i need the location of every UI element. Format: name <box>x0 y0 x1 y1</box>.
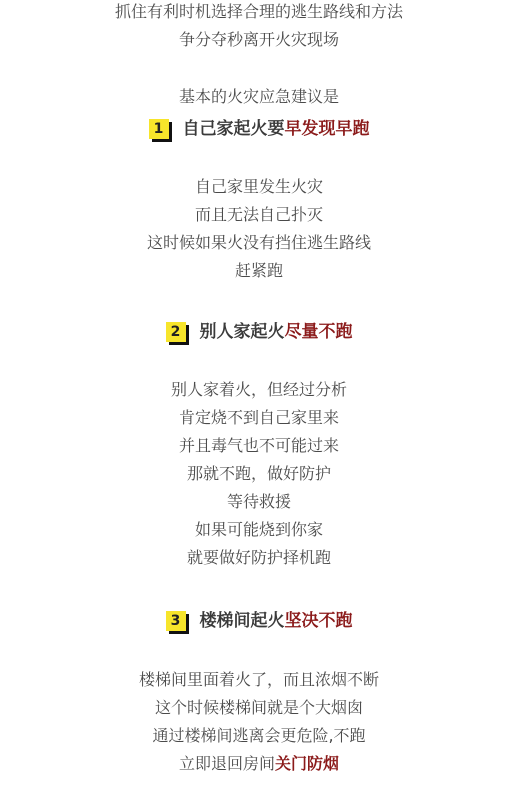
section-2-heading: 2 别人家起火 尽量不跑 <box>0 318 518 345</box>
intro-line: 争分夺秒离开火灾现场 <box>0 29 518 51</box>
body-line: 别人家着火，但经过分析 <box>0 379 518 401</box>
heading-highlight: 早发现早跑 <box>285 116 370 142</box>
body-line: 肯定烧不到自己家里来 <box>0 407 518 429</box>
body-line: 楼梯间里面着火了，而且浓烟不断 <box>0 669 518 691</box>
heading-text: 楼梯间起火 <box>200 608 285 634</box>
body-line: 自己家里发生火灾 <box>0 176 518 198</box>
section-3-heading: 3 楼梯间起火 坚决不跑 <box>0 607 518 634</box>
heading-text: 别人家起火 <box>200 319 285 345</box>
heading-highlight: 尽量不跑 <box>285 319 353 345</box>
intro-line: 抓住有利时机选择合理的逃生路线和方法 <box>0 1 518 23</box>
heading-text: 自己家起火要 <box>183 116 285 142</box>
number-badge: 2 <box>166 322 186 342</box>
body-line: 而且无法自己扑灭 <box>0 204 518 226</box>
heading-highlight: 坚决不跑 <box>285 608 353 634</box>
body-line: 这时候如果火没有挡住逃生路线 <box>0 232 518 254</box>
body-line: 通过楼梯间逃离会更危险,不跑 <box>0 725 518 747</box>
body-line: 这个时候楼梯间就是个大烟囱 <box>0 697 518 719</box>
body-line: 那就不跑，做好防护 <box>0 463 518 485</box>
body-line: 立即退回房间关门防烟 <box>0 753 518 775</box>
body-highlight: 关门防烟 <box>275 754 339 773</box>
body-line: 就要做好防护择机跑 <box>0 547 518 569</box>
subtitle: 基本的火灾应急建议是 <box>0 86 518 108</box>
number-badge: 3 <box>166 611 186 631</box>
body-text: 立即退回房间 <box>179 754 275 773</box>
body-line: 并且毒气也不可能过来 <box>0 435 518 457</box>
body-line: 赶紧跑 <box>0 260 518 282</box>
section-1-heading: 1 自己家起火要 早发现早跑 <box>0 115 518 142</box>
body-line: 等待救援 <box>0 491 518 513</box>
body-line: 如果可能烧到你家 <box>0 519 518 541</box>
number-badge: 1 <box>149 119 169 139</box>
